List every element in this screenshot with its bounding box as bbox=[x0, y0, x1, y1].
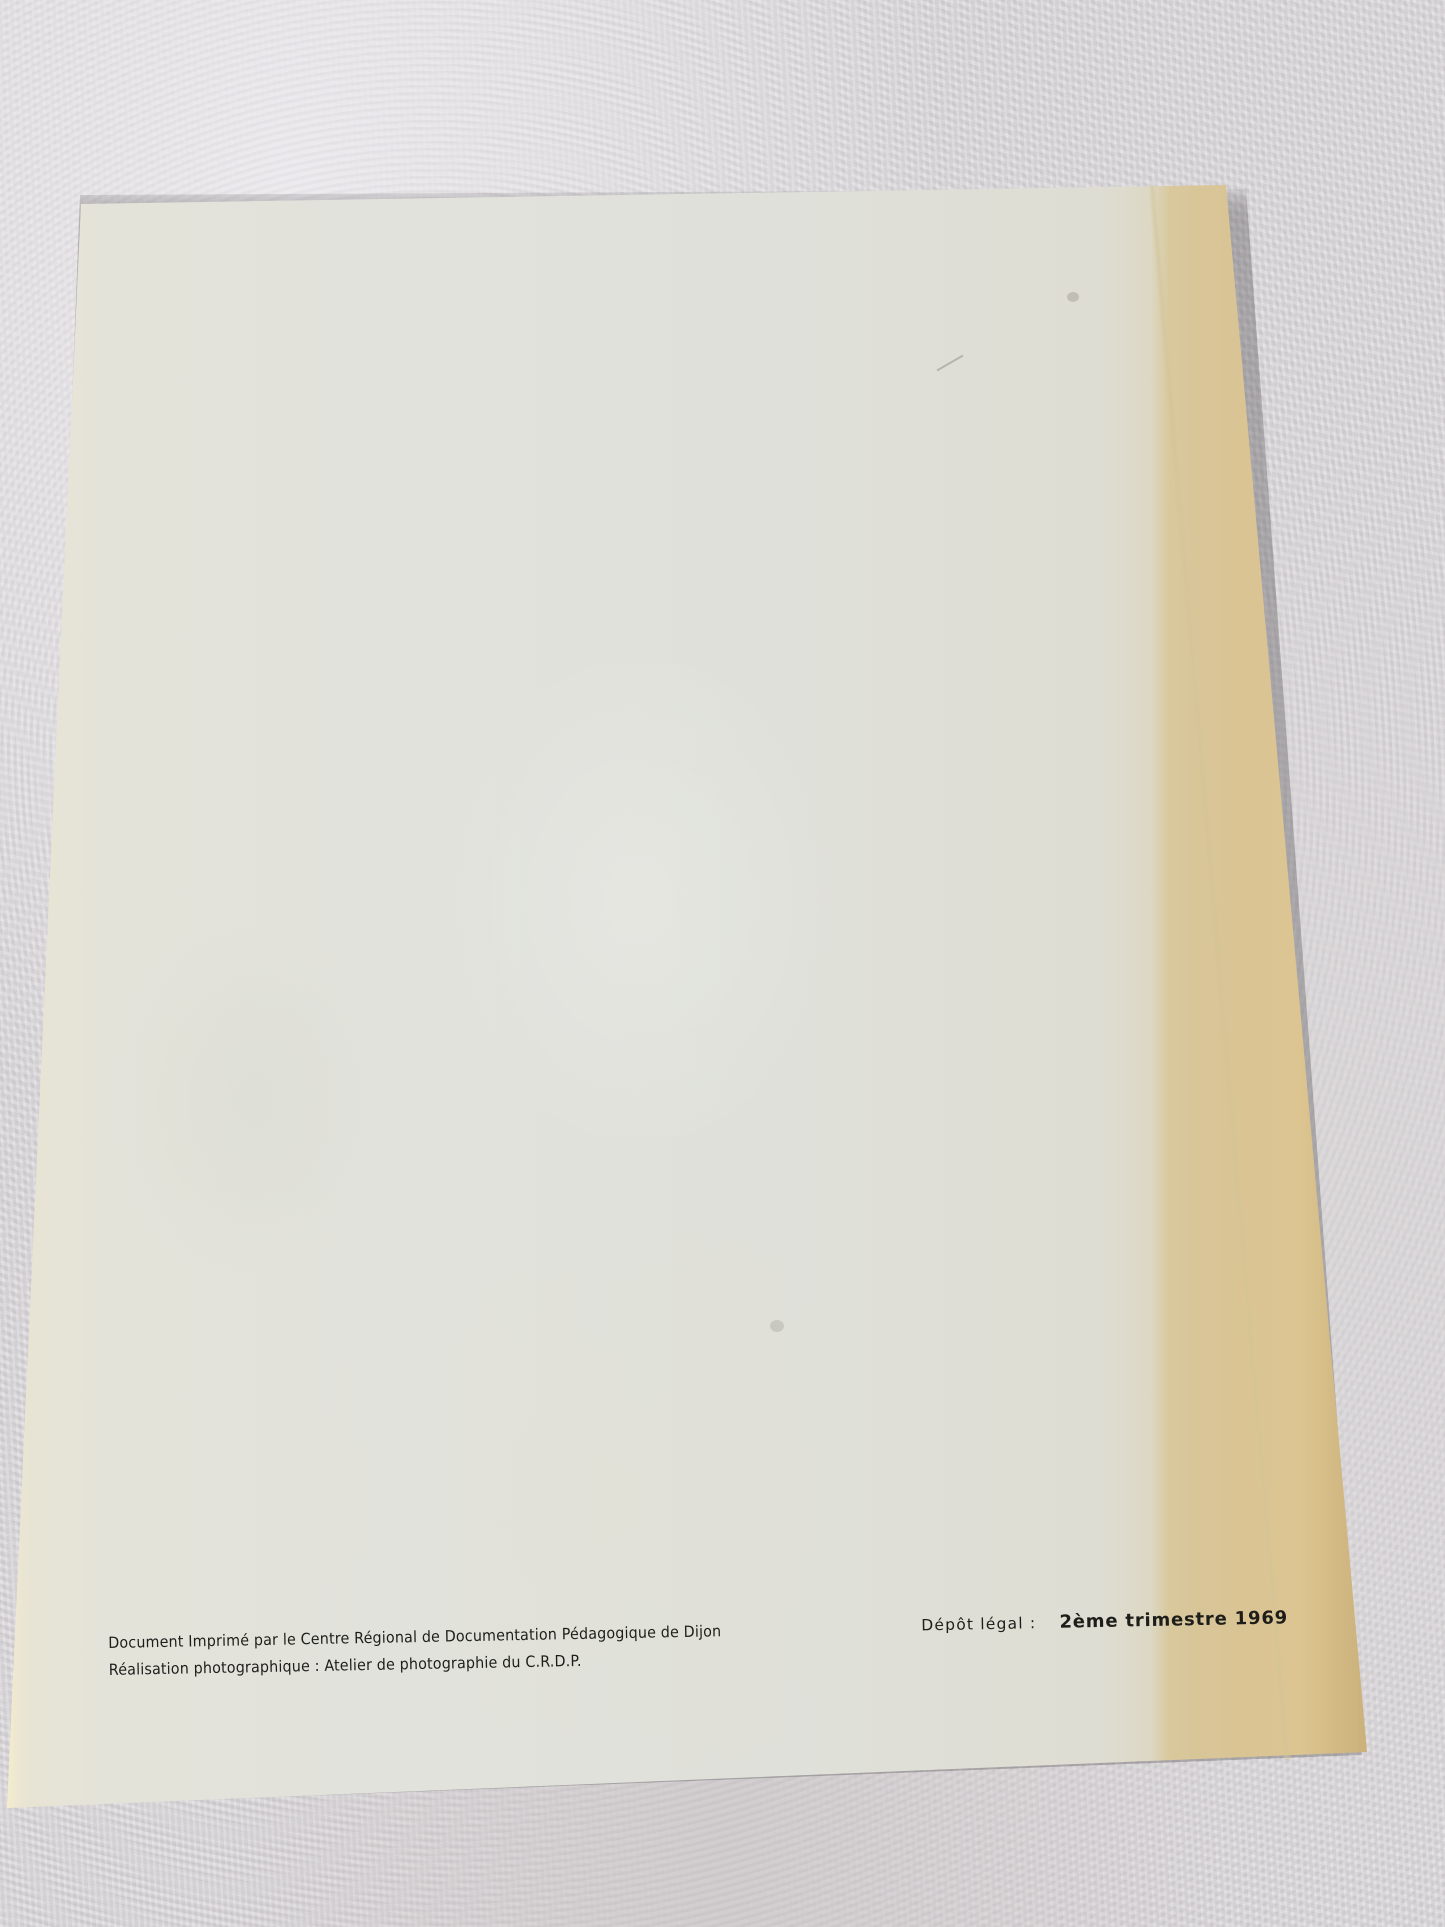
legal-deposit-value: 2ème trimestre 1969 bbox=[1059, 1607, 1288, 1632]
paper-spot bbox=[1067, 292, 1079, 302]
legal-deposit-label: Dépôt légal : bbox=[921, 1614, 1036, 1634]
paper-spot bbox=[770, 1320, 784, 1332]
